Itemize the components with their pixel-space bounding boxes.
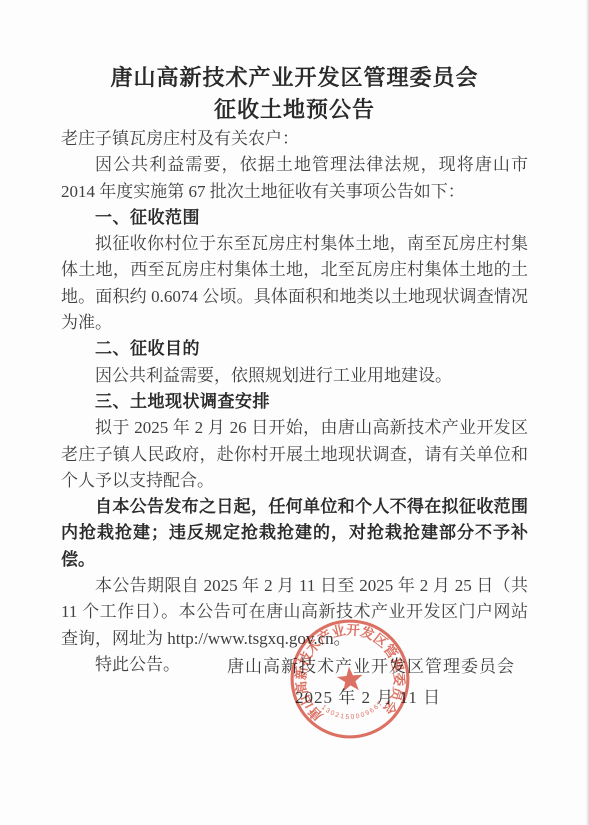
section-1-body: 拟征收你村位于东至瓦房庄村集体土地，南至瓦房庄村集体土地，西至瓦房庄村集体土地，… bbox=[61, 231, 528, 336]
signature-organization: 唐山高新技术产业开发区管理委员会 bbox=[227, 656, 515, 678]
warning-paragraph: 自本公告发布之日起，任何单位和个人不得在拟征收范围内抢栽抢建；违反规定抢栽抢建的… bbox=[61, 494, 528, 573]
notice-title-subject: 征收土地预公告 bbox=[0, 94, 589, 126]
section-2-heading: 二、征收目的 bbox=[61, 336, 528, 362]
notice-title: 唐山高新技术产业开发区管理委员会 征收土地预公告 bbox=[0, 62, 589, 126]
signature-date: 2025 年 2 月 11 日 bbox=[295, 687, 441, 709]
salutation: 老庄子镇瓦房庄村及有关农户： bbox=[61, 126, 528, 152]
notice-body: 老庄子镇瓦房庄村及有关农户： 因公共利益需要，依据土地管理法律法规，现将唐山市 … bbox=[61, 126, 528, 678]
notice-title-org: 唐山高新技术产业开发区管理委员会 bbox=[0, 62, 589, 94]
scanned-notice-page: 唐山高新技术产业开发区管理委员会 征收土地预公告 老庄子镇瓦房庄村及有关农户： … bbox=[0, 0, 589, 825]
section-3-heading: 三、土地现状调查安排 bbox=[61, 389, 528, 415]
section-3-body: 拟于 2025 年 2 月 26 日开始，由唐山高新技术产业开发区老庄子镇人民政… bbox=[61, 415, 528, 494]
validity-paragraph: 本公告期限自 2025 年 2 月 11 日至 2025 年 2 月 25 日（… bbox=[61, 573, 528, 652]
intro-paragraph: 因公共利益需要，依据土地管理法律法规，现将唐山市 2014 年度实施第 67 批… bbox=[61, 152, 528, 205]
section-1-heading: 一、征收范围 bbox=[61, 205, 528, 231]
section-2-body: 因公共利益需要，依照规划进行工业用地建设。 bbox=[61, 363, 528, 389]
